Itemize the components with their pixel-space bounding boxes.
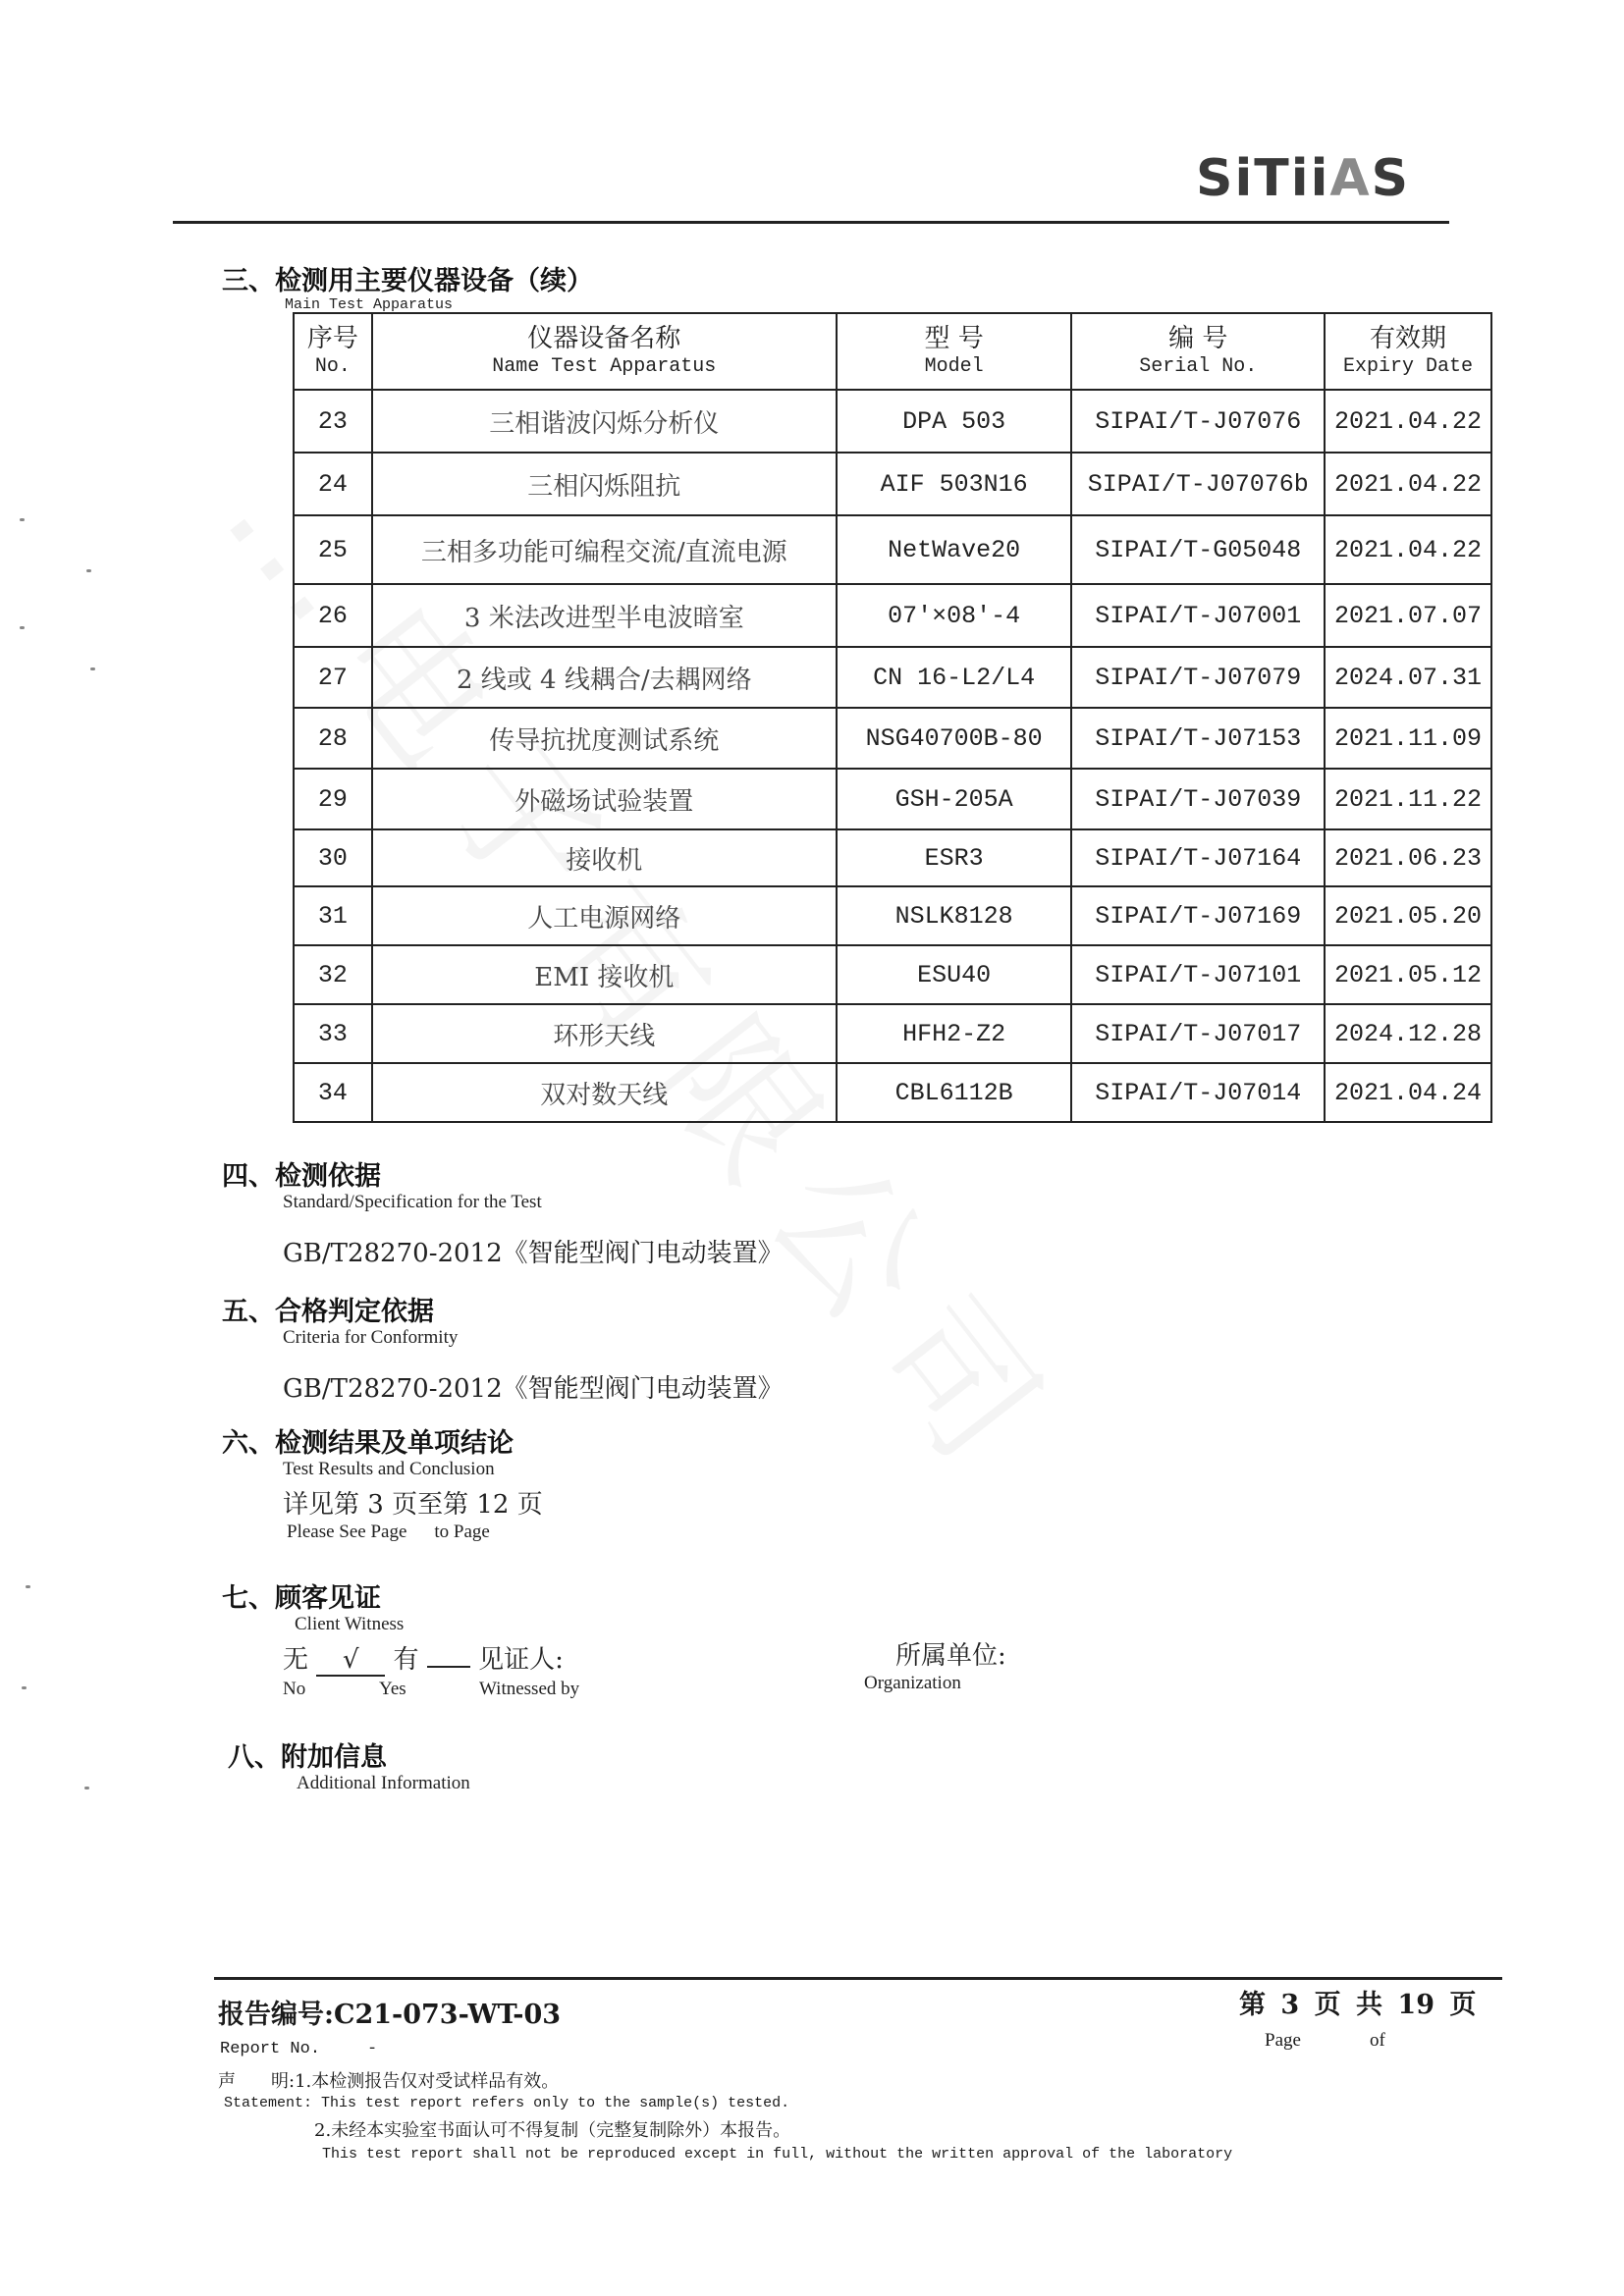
col-header-name: 仪器设备名称Name Test Apparatus [372, 313, 837, 390]
equipment-table: 序号No. 仪器设备名称Name Test Apparatus 型 号Model… [293, 312, 1492, 1123]
table-row: 33环形天线HFH2-Z2SIPAI/T-J070172024.12.28 [294, 1004, 1491, 1063]
page-from: 3 [367, 1490, 384, 1520]
cell-no: 23 [294, 390, 372, 453]
table-row: 30接收机ESR3SIPAI/T-J071642021.06.23 [294, 829, 1491, 886]
cell-no: 26 [294, 584, 372, 647]
section5-subtitle: Criteria for Conformity [283, 1327, 458, 1349]
cell-name: EMI 接收机 [372, 945, 837, 1004]
col-header-expiry: 有效期Expiry Date [1325, 313, 1491, 390]
cell-expiry: 2021.04.22 [1325, 390, 1491, 453]
cell-name: 三相谐波闪烁分析仪 [372, 390, 837, 453]
col-header-serial: 编 号Serial No. [1071, 313, 1325, 390]
cell-serial: SIPAI/T-J07014 [1071, 1063, 1325, 1122]
cell-name: 外磁场试验装置 [372, 769, 837, 829]
cell-name: 接收机 [372, 829, 837, 886]
cell-model: CBL6112B [837, 1063, 1072, 1122]
cell-no: 32 [294, 945, 372, 1004]
logo-text: SiTii [1196, 149, 1329, 208]
section7-subtitle: Client Witness [295, 1614, 404, 1635]
cell-serial: SIPAI/T-J07017 [1071, 1004, 1325, 1063]
current-page: 3 [1280, 1990, 1299, 2020]
section7-title: 七、顾客见证 [222, 1576, 381, 1615]
table-row: 31人工电源网络NSLK8128SIPAI/T-J071692021.05.20 [294, 886, 1491, 945]
cell-name: 三相闪烁阻抗 [372, 453, 837, 515]
company-logo: SiTiiAS [1196, 149, 1410, 208]
page-to: 12 [476, 1490, 509, 1520]
cell-expiry: 2021.04.22 [1325, 515, 1491, 584]
organization-label-en: Organization [864, 1673, 961, 1694]
cell-expiry: 2021.11.22 [1325, 769, 1491, 829]
client-witness-line: 无 √ 有 见证人: [283, 1639, 564, 1677]
yes-witness-checkbox[interactable] [427, 1666, 470, 1668]
section6-title: 六、检测结果及单项结论 [222, 1421, 514, 1460]
cell-name: 2 线或 4 线耦合/去耦网络 [372, 647, 837, 708]
section8-subtitle: Additional Information [297, 1773, 470, 1794]
logo-accent: A [1329, 149, 1371, 208]
section6-page-range-en: Please See Pageto Page [287, 1522, 490, 1543]
logo-tail: S [1372, 149, 1410, 208]
col-header-model: 型 号Model [837, 313, 1072, 390]
cell-model: DPA 503 [837, 390, 1072, 453]
cell-serial: SIPAI/T-J07079 [1071, 647, 1325, 708]
cell-expiry: 2021.04.22 [1325, 453, 1491, 515]
cell-no: 24 [294, 453, 372, 515]
cell-serial: SIPAI/T-J07001 [1071, 584, 1325, 647]
cell-serial: SIPAI/T-J07039 [1071, 769, 1325, 829]
section3-subtitle: Main Test Apparatus [285, 296, 453, 313]
cell-name: 环形天线 [372, 1004, 837, 1063]
scan-speck [20, 626, 25, 629]
statement-2-cn: 2.未经本实验室书面认可不得复制（完整复制除外）本报告。 [314, 2116, 790, 2142]
section6-subtitle: Test Results and Conclusion [283, 1459, 495, 1480]
section6-page-range: 详见第 3 页至第 12 页 [283, 1484, 543, 1521]
cell-model: ESR3 [837, 829, 1072, 886]
cell-no: 34 [294, 1063, 372, 1122]
cell-name: 人工电源网络 [372, 886, 837, 945]
cell-model: CN 16-L2/L4 [837, 647, 1072, 708]
page-indicator-en: Pageof [1265, 2030, 1385, 2052]
cell-model: 07′×08′-4 [837, 584, 1072, 647]
cell-serial: SIPAI/T-J07101 [1071, 945, 1325, 1004]
label-witnessed-by-en: Witnessed by [479, 1679, 579, 1700]
table-row: 24三相闪烁阻抗AIF 503N16SIPAI/T-J07076b2021.04… [294, 453, 1491, 515]
report-number-en: Report No.- [220, 2040, 377, 2058]
cell-serial: SIPAI/T-J07164 [1071, 829, 1325, 886]
cell-name: 传导抗扰度测试系统 [372, 708, 837, 769]
header-divider [173, 221, 1449, 224]
cell-model: AIF 503N16 [837, 453, 1072, 515]
cell-no: 31 [294, 886, 372, 945]
table-row: 29外磁场试验装置GSH-205ASIPAI/T-J070392021.11.2… [294, 769, 1491, 829]
cell-expiry: 2021.05.20 [1325, 886, 1491, 945]
report-number-value: C21-073-WT-03 [334, 2000, 561, 2030]
scan-speck [20, 518, 25, 521]
cell-name: 三相多功能可编程交流/直流电源 [372, 515, 837, 584]
cell-model: GSH-205A [837, 769, 1072, 829]
section5-title: 五、合格判定依据 [222, 1290, 434, 1328]
label-no-en: No [283, 1679, 305, 1700]
section4-subtitle: Standard/Specification for the Test [283, 1192, 542, 1213]
scan-speck [26, 1585, 30, 1588]
page-indicator: 第 3 页 共 19 页 [1239, 1983, 1476, 2021]
section5-standard: GB/T28270-2012《智能型阀门电动装置》 [283, 1368, 784, 1405]
cell-serial: SIPAI/T-G05048 [1071, 515, 1325, 584]
table-header-row: 序号No. 仪器设备名称Name Test Apparatus 型 号Model… [294, 313, 1491, 390]
cell-name: 双对数天线 [372, 1063, 837, 1122]
scan-speck [84, 1787, 89, 1789]
section3-title: 三、检测用主要仪器设备（续） [222, 259, 593, 297]
label-yes-en: Yes [379, 1679, 406, 1700]
col-header-no: 序号No. [294, 313, 372, 390]
table-row: 25三相多功能可编程交流/直流电源NetWave20SIPAI/T-G05048… [294, 515, 1491, 584]
cell-no: 25 [294, 515, 372, 584]
cell-serial: SIPAI/T-J07169 [1071, 886, 1325, 945]
cell-no: 29 [294, 769, 372, 829]
cell-model: HFH2-Z2 [837, 1004, 1072, 1063]
table-row: 23三相谐波闪烁分析仪DPA 503SIPAI/T-J070762021.04.… [294, 390, 1491, 453]
cell-no: 30 [294, 829, 372, 886]
cell-expiry: 2021.06.23 [1325, 829, 1491, 886]
table-row: 34双对数天线CBL6112BSIPAI/T-J070142021.04.24 [294, 1063, 1491, 1122]
cell-expiry: 2021.05.12 [1325, 945, 1491, 1004]
cell-expiry: 2024.12.28 [1325, 1004, 1491, 1063]
cell-expiry: 2021.04.24 [1325, 1063, 1491, 1122]
cell-no: 28 [294, 708, 372, 769]
section8-title: 八、附加信息 [228, 1735, 387, 1774]
report-number: 报告编号:C21-073-WT-03 [218, 1993, 561, 2031]
total-pages: 19 [1397, 1990, 1435, 2020]
cell-model: ESU40 [837, 945, 1072, 1004]
statement-1-en: Statement: This test report refers only … [224, 2095, 789, 2111]
cell-name: 3 米法改进型半电波暗室 [372, 584, 837, 647]
scan-speck [90, 667, 95, 670]
cell-model: NetWave20 [837, 515, 1072, 584]
statement-2-en: This test report shall not be reproduced… [322, 2146, 1232, 2163]
cell-no: 27 [294, 647, 372, 708]
cell-expiry: 2024.07.31 [1325, 647, 1491, 708]
cell-serial: SIPAI/T-J07076 [1071, 390, 1325, 453]
cell-model: NSG40700B-80 [837, 708, 1072, 769]
scan-speck [86, 569, 91, 572]
table-row: 272 线或 4 线耦合/去耦网络CN 16-L2/L4SIPAI/T-J070… [294, 647, 1491, 708]
organization-label: 所属单位: [895, 1635, 1006, 1672]
section4-title: 四、检测依据 [222, 1154, 381, 1193]
footer-divider [214, 1977, 1502, 1980]
cell-serial: SIPAI/T-J07076b [1071, 453, 1325, 515]
cell-model: NSLK8128 [837, 886, 1072, 945]
cell-expiry: 2021.11.09 [1325, 708, 1491, 769]
table-row: 28传导抗扰度测试系统NSG40700B-80SIPAI/T-J07153202… [294, 708, 1491, 769]
section4-standard: GB/T28270-2012《智能型阀门电动装置》 [283, 1233, 784, 1269]
statement-1-cn: 声 明:1.本检测报告仅对受试样品有效。 [218, 2067, 559, 2093]
no-witness-checkbox[interactable]: √ [316, 1645, 385, 1677]
cell-serial: SIPAI/T-J07153 [1071, 708, 1325, 769]
cell-no: 33 [294, 1004, 372, 1063]
table-row: 263 米法改进型半电波暗室07′×08′-4SIPAI/T-J07001202… [294, 584, 1491, 647]
cell-expiry: 2021.07.07 [1325, 584, 1491, 647]
table-row: 32EMI 接收机ESU40SIPAI/T-J071012021.05.12 [294, 945, 1491, 1004]
scan-speck [22, 1686, 27, 1689]
